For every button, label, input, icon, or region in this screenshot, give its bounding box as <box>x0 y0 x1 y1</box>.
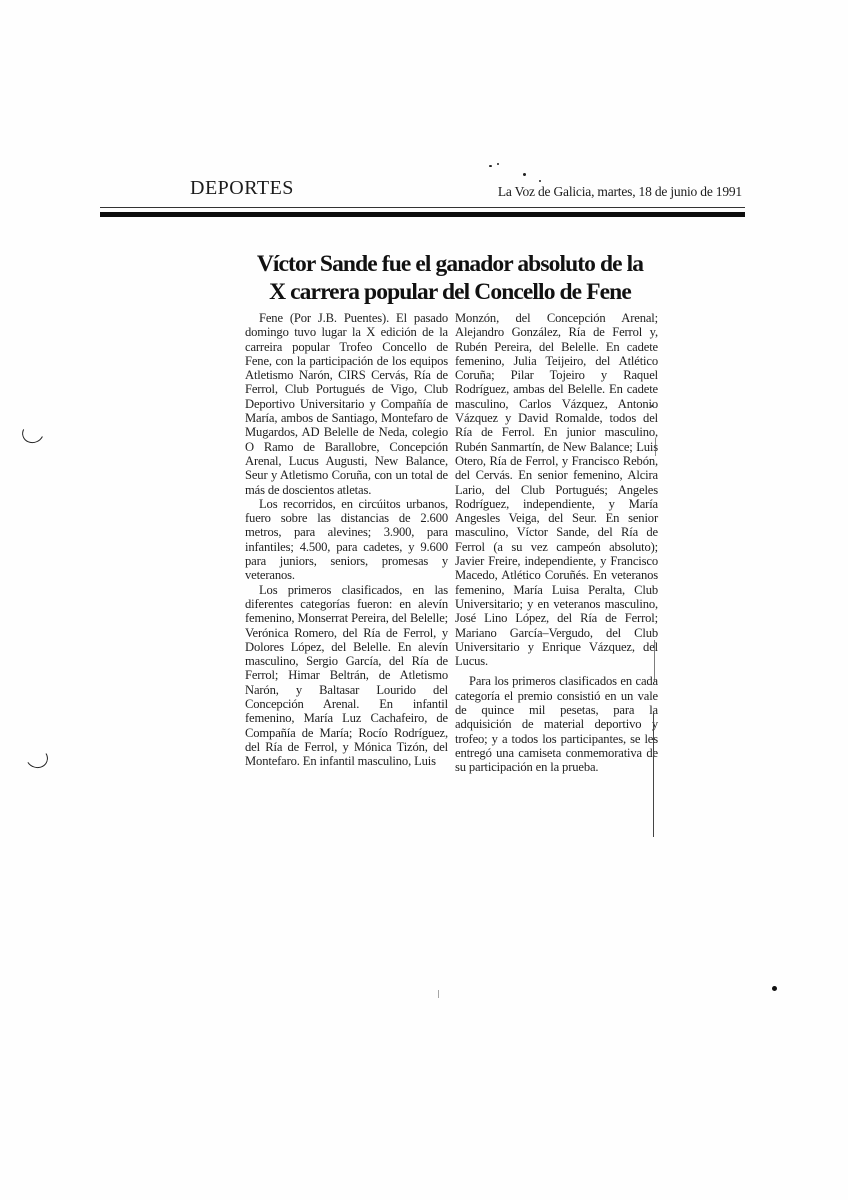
header-rule-thin <box>100 207 745 208</box>
newspaper-clipping-page: DEPORTES La Voz de Galicia, martes, 18 d… <box>0 0 848 1200</box>
paragraph-distances: Los recorridos, en circúitos urbanos, fu… <box>245 497 448 583</box>
article-headline: Víctor Sande fue el ganador absoluto de … <box>230 250 670 306</box>
scan-artifact-line <box>655 438 656 456</box>
scan-speck <box>523 173 526 176</box>
scan-speck <box>489 165 492 167</box>
binder-hole-mark-icon <box>19 420 47 446</box>
scan-speck <box>497 163 499 165</box>
headline-line-2: X carrera popular del Concello de Fene <box>269 279 631 305</box>
scan-speck <box>438 990 439 998</box>
scan-artifact-line <box>653 712 654 837</box>
dateline: La Voz de Galicia, martes, 18 de junio d… <box>498 184 742 200</box>
paragraph-results-start: Los primeros clasificados, en las difere… <box>245 583 448 769</box>
section-label: DEPORTES <box>190 177 294 200</box>
article-column-right: Monzón, del Concepción Arenal; Alejandro… <box>455 311 658 775</box>
scan-speck <box>539 180 541 182</box>
headline-line-1: Víctor Sande fue el ganador absoluto de … <box>257 251 643 277</box>
paragraph-prizes: Para los primeros clasificados en cada c… <box>455 674 658 774</box>
paragraph-intro: Fene (Por J.B. Puentes). El pasado domin… <box>245 311 448 497</box>
binder-hole-mark-icon <box>24 745 50 770</box>
scan-speck <box>651 405 653 407</box>
article-column-left: Fene (Por J.B. Puentes). El pasado domin… <box>245 311 448 769</box>
scan-artifact-line <box>654 640 655 682</box>
scan-speck <box>772 986 777 991</box>
paragraph-results-continued: Monzón, del Concepción Arenal; Alejandro… <box>455 311 658 668</box>
header-rule-thick <box>100 212 745 217</box>
